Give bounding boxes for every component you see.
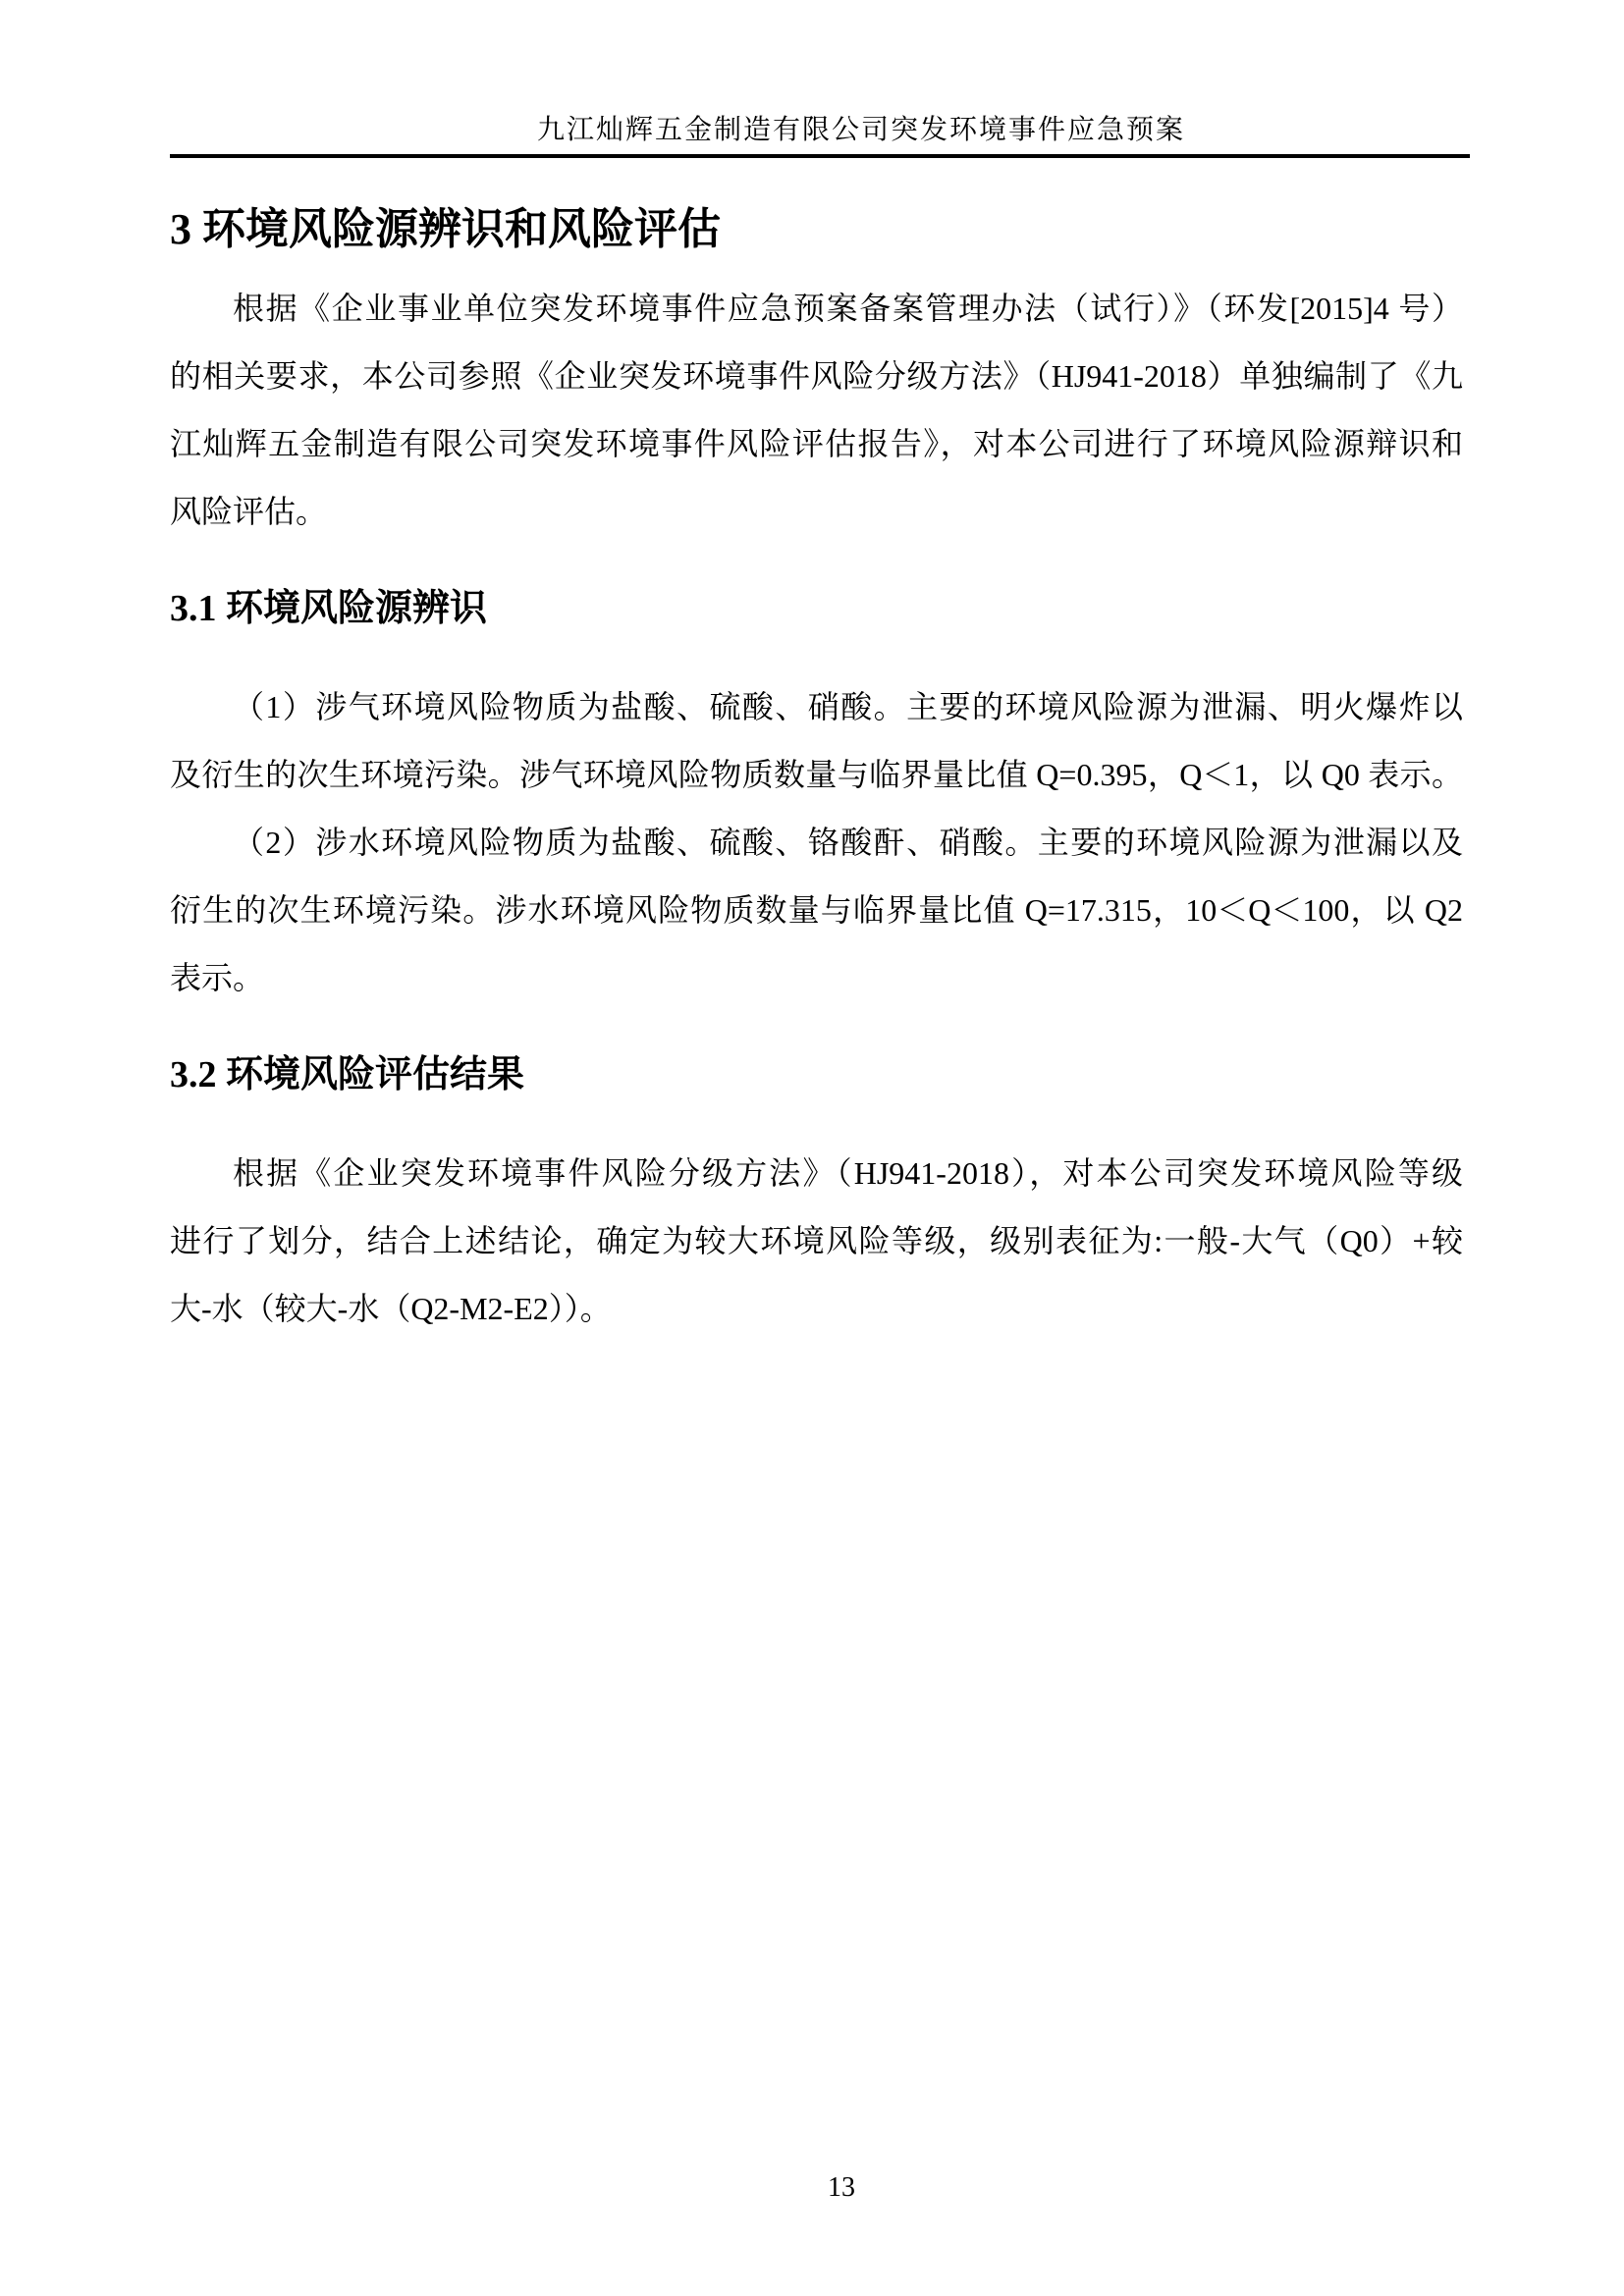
- risk-identification-paragraph: （1）涉气环境风险物质为盐酸、硫酸、硝酸。主要的环境风险源为泄漏、明火爆炸以及衍…: [170, 673, 1463, 1012]
- paragraph-line: 根据《企业突发环境事件风险分级方法》（HJ941-2018），对本公司突发环境风…: [170, 1140, 1463, 1207]
- risk-assessment-result-paragraph: 根据《企业突发环境事件风险分级方法》（HJ941-2018），对本公司突发环境风…: [170, 1140, 1463, 1343]
- paragraph-line: 大-水（较大-水（Q2-M2-E2））。: [170, 1275, 1463, 1343]
- document-page: 九江灿辉五金制造有限公司突发环境事件应急预案 3 环境风险源辨识和风险评估根据《…: [0, 0, 1624, 2296]
- paragraph-line: 根据《企业事业单位突发环境事件应急预案备案管理办法（试行）》（环发[2015]4…: [170, 275, 1463, 343]
- paragraph-line: 风险评估。: [170, 478, 1463, 546]
- section-title: 3 环境风险源辨识和风险评估: [170, 200, 1463, 259]
- page-number: 13: [0, 2171, 1624, 2205]
- paragraph-line: （2）涉水环境风险物质为盐酸、硫酸、铬酸酐、硝酸。主要的环境风险源为泄漏以及: [170, 809, 1463, 877]
- paragraph-line: 的相关要求，本公司参照《企业突发环境事件风险分级方法》（HJ941-2018）单…: [170, 343, 1463, 410]
- paragraph-line: 进行了划分，结合上述结论，确定为较大环境风险等级，级别表征为:一般-大气（Q0）…: [170, 1207, 1463, 1275]
- paragraph-line: 表示。: [170, 944, 1463, 1012]
- subsection-heading: 3.2 环境风险评估结果: [170, 1049, 1463, 1100]
- subsection-heading: 3.1 环境风险源辨识: [170, 583, 1463, 634]
- paragraph-line: 衍生的次生环境污染。涉水环境风险物质数量与临界量比值 Q=17.315，10＜Q…: [170, 877, 1463, 944]
- paragraph-line: 及衍生的次生环境污染。涉气环境风险物质数量与临界量比值 Q=0.395，Q＜1，…: [170, 741, 1463, 809]
- document-body: 3 环境风险源辨识和风险评估根据《企业事业单位突发环境事件应急预案备案管理办法（…: [170, 0, 1463, 1343]
- paragraph-line: （1）涉气环境风险物质为盐酸、硫酸、硝酸。主要的环境风险源为泄漏、明火爆炸以: [170, 673, 1463, 741]
- intro-paragraph: 根据《企业事业单位突发环境事件应急预案备案管理办法（试行）》（环发[2015]4…: [170, 275, 1463, 546]
- paragraph-line: 江灿辉五金制造有限公司突发环境事件风险评估报告》，对本公司进行了环境风险源辩识和: [170, 410, 1463, 478]
